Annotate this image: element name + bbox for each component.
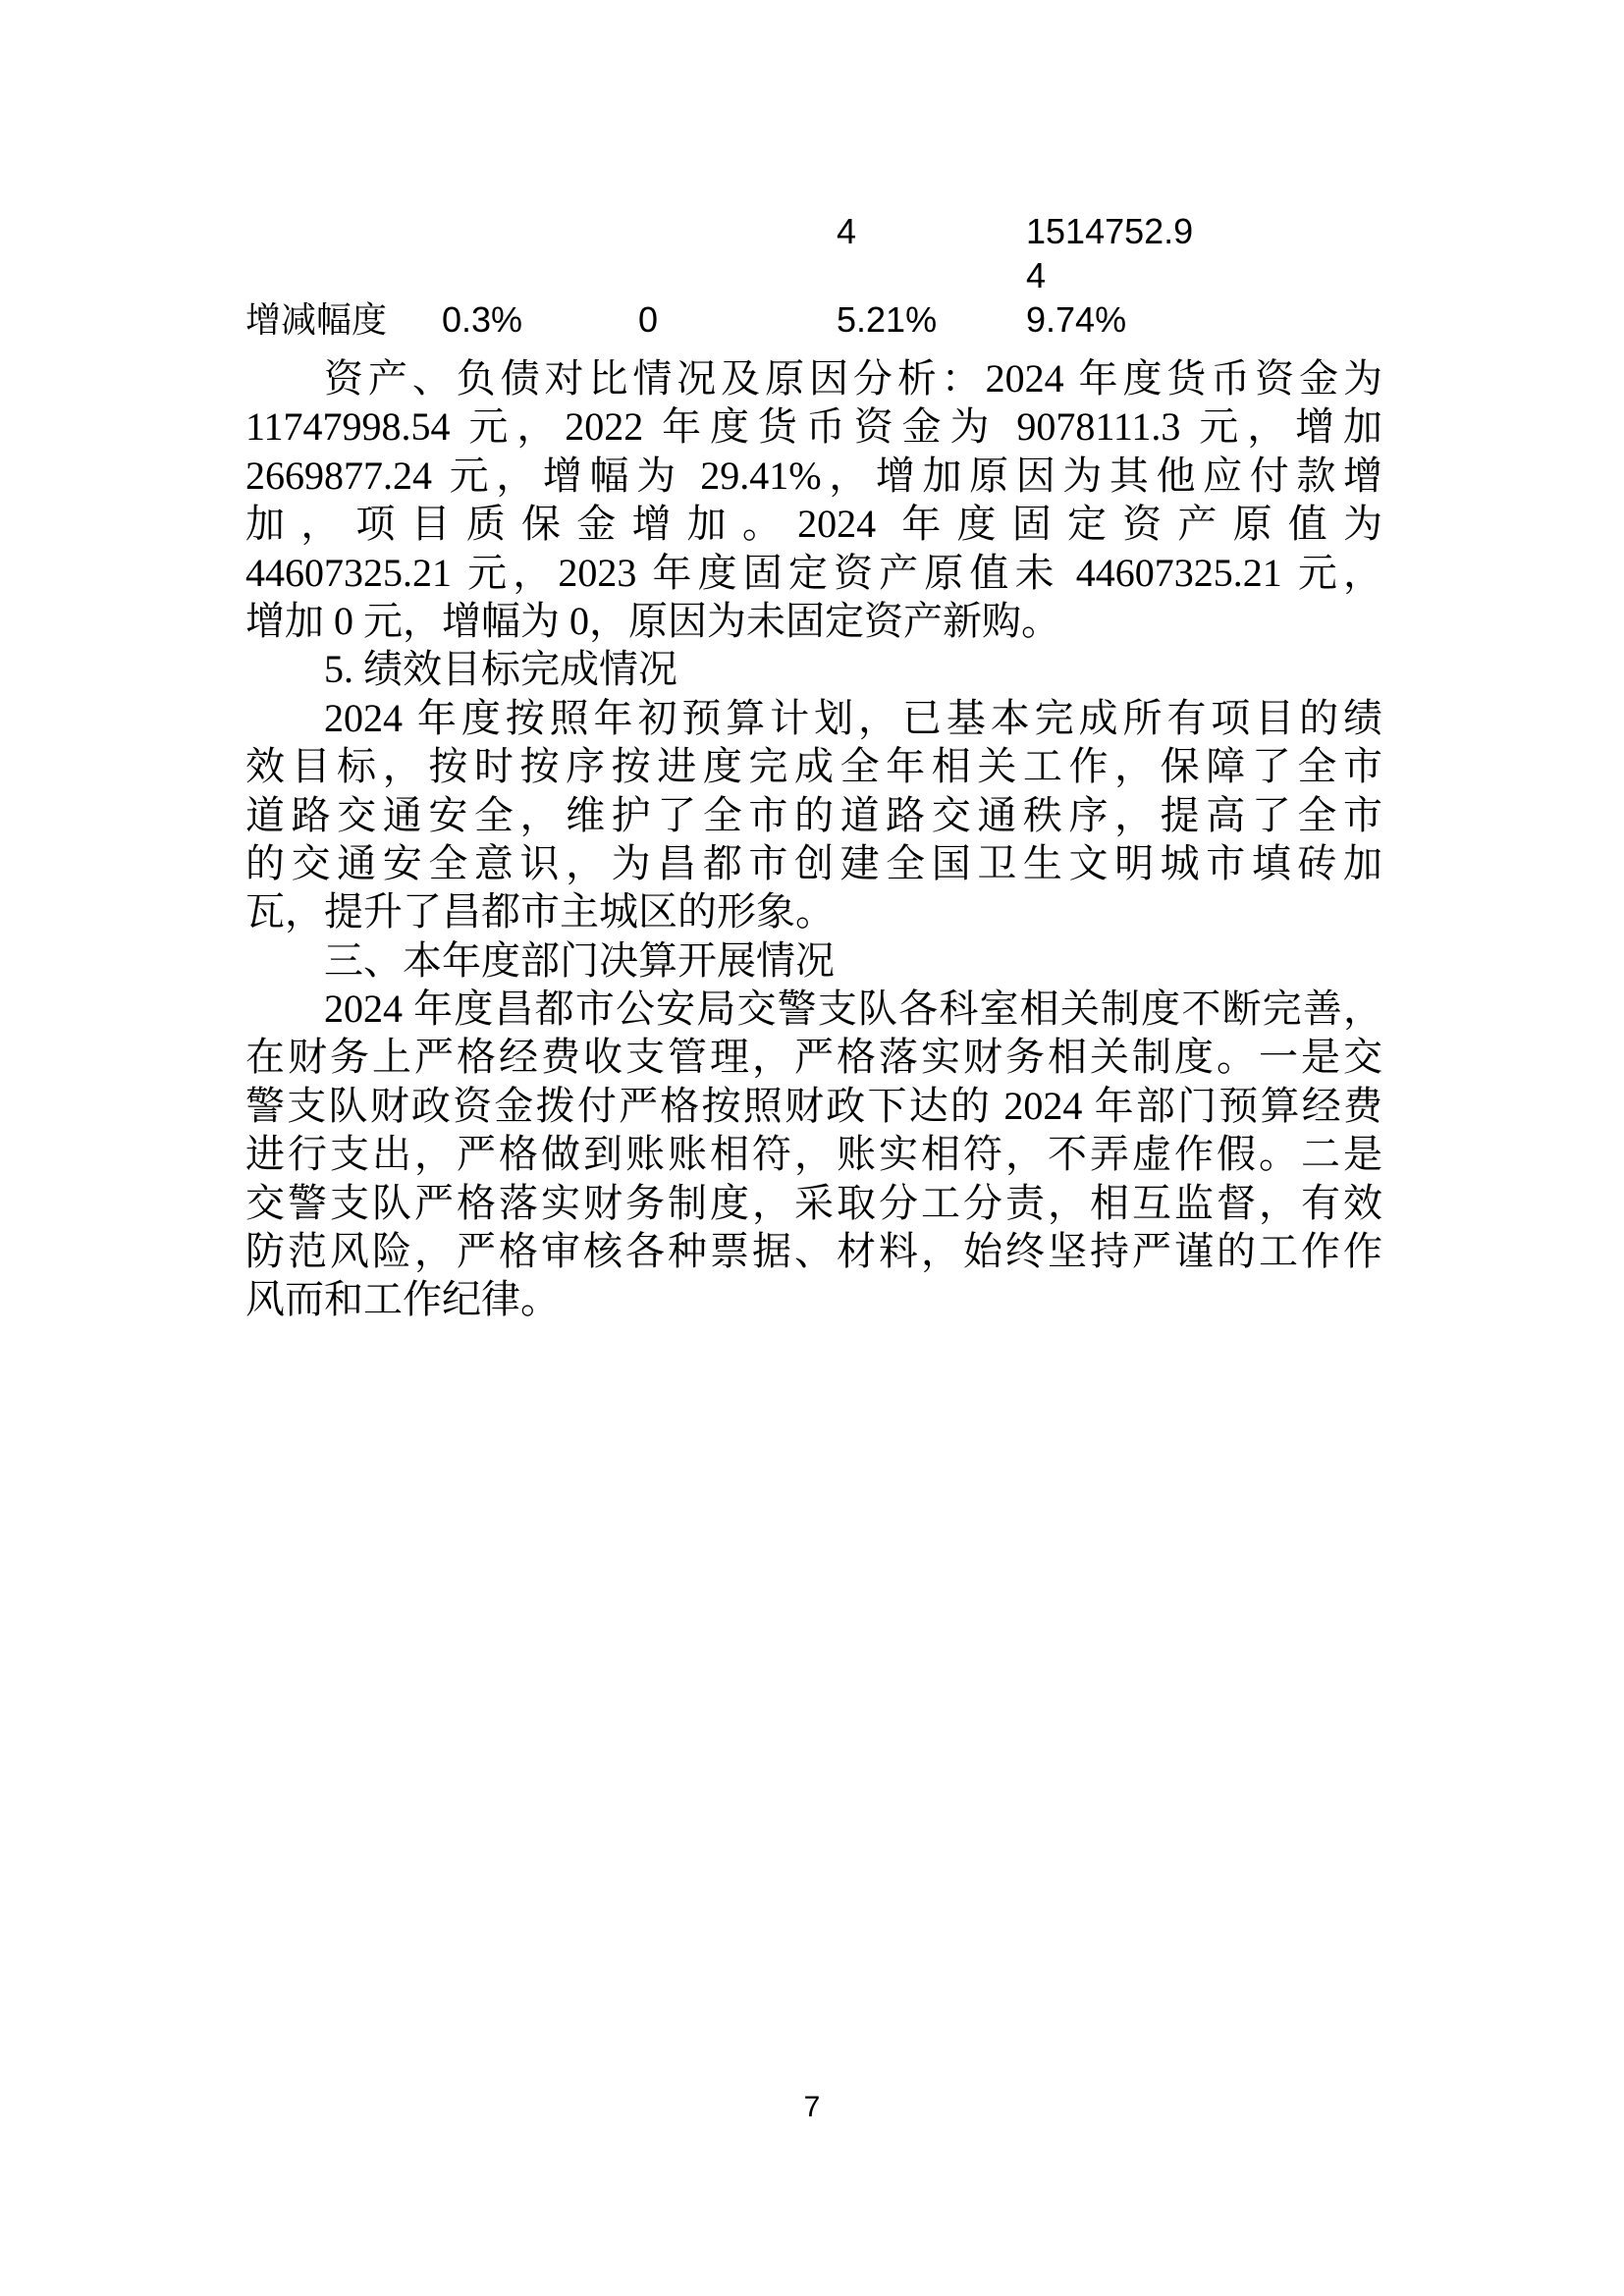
body-text-line: 交警支队严格落实财务制度，采取分工分责，相互监督，有效 (245, 1179, 1382, 1227)
table-cell (638, 209, 837, 253)
body-text-line: 效目标，按时按序按进度完成全年相关工作，保障了全市 (245, 742, 1382, 790)
body-text: 资产、负债对比情况及原因分析：2024 年度货币资金为 11747998.54 … (245, 354, 1382, 1324)
table-cell: 9.74% (1026, 297, 1492, 342)
section-heading-final-accounts: 三、本年度部门决算开展情况 (245, 936, 1382, 985)
body-text-line: 11747998.54 元，2022 年度货币资金为 9078111.3 元，增… (245, 402, 1382, 451)
body-text-line: 警支队财政资金拨付严格按照财政下达的 2024 年部门预算经费 (245, 1082, 1382, 1130)
body-text-line: 瓦，提升了昌都市主城区的形象。 (245, 887, 1382, 935)
table-cell (837, 253, 1026, 297)
table-cell (245, 253, 442, 297)
table-cell: 4 (1026, 253, 1492, 297)
table-cell (638, 253, 837, 297)
table-cell (442, 253, 638, 297)
body-text-line: 进行支出，严格做到账账相符，账实相符，不弄虚作假。二是 (245, 1130, 1382, 1178)
document-page: 4 1514752.9 4 增减幅度 0.3% 0 5.21% 9.74% 资产… (0, 0, 1624, 2296)
body-text-line: 道路交通安全，维护了全市的道路交通秩序，提高了全市 (245, 791, 1382, 839)
table-cell: 0 (638, 297, 837, 342)
body-text-line: 风而和工作纪律。 (245, 1275, 1382, 1323)
table-cell: 1514752.9 (1026, 209, 1492, 253)
table-row: 增减幅度 0.3% 0 5.21% 9.74% (245, 297, 1492, 342)
body-text-line: 2669877.24 元，增幅为 29.41%，增加原因为其他应付款增 (245, 452, 1382, 500)
table-row: 4 1514752.9 (245, 209, 1492, 253)
body-text-line: 增加 0 元，增幅为 0，原因为未固定资产新购。 (245, 597, 1382, 645)
body-text-line: 加，项目质保金增加。2024 年度固定资产原值为 (245, 500, 1382, 548)
table-fragment: 4 1514752.9 4 增减幅度 0.3% 0 5.21% 9.74% (245, 209, 1492, 342)
table-cell: 4 (837, 209, 1026, 253)
table-cell (442, 209, 638, 253)
body-text-line: 2024 年度按照年初预算计划，已基本完成所有项目的绩 (245, 694, 1382, 742)
body-text-line: 防范风险，严格审核各种票据、材料，始终坚持严谨的工作作 (245, 1227, 1382, 1275)
body-text-line: 在财务上严格经费收支管理，严格落实财务相关制度。一是交 (245, 1033, 1382, 1081)
table-cell (245, 209, 442, 253)
table-cell: 5.21% (837, 297, 1026, 342)
body-text-line: 资产、负债对比情况及原因分析：2024 年度货币资金为 (245, 354, 1382, 402)
body-text-line: 的交通安全意识，为昌都市创建全国卫生文明城市填砖加 (245, 839, 1382, 887)
table-row: 4 (245, 253, 1492, 297)
body-text-line: 2024 年度昌都市公安局交警支队各科室相关制度不断完善， (245, 985, 1382, 1033)
section-heading-performance: 5. 绩效目标完成情况 (245, 645, 1382, 693)
page-number: 7 (0, 2091, 1624, 2124)
body-text-line: 44607325.21 元，2023 年度固定资产原值未 44607325.21… (245, 549, 1382, 597)
table-cell: 0.3% (442, 297, 638, 342)
table-row-label: 增减幅度 (245, 297, 442, 342)
